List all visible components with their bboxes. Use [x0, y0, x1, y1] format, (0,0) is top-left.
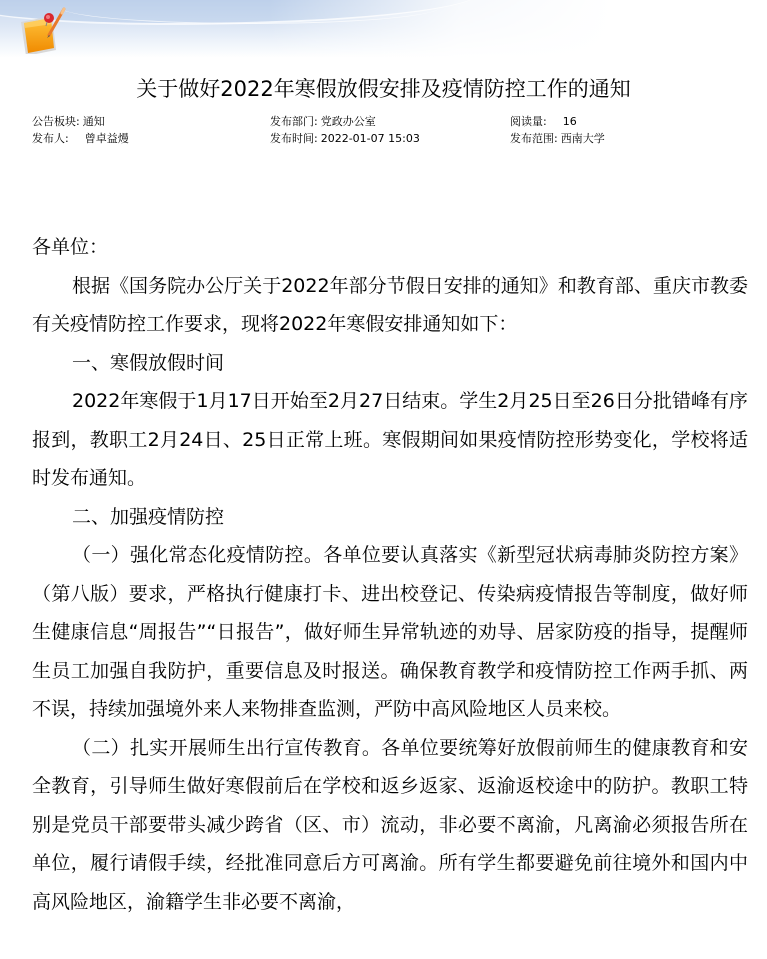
- meta-publisher: 发布人:曾卓益熳: [32, 132, 129, 146]
- banner-fade: [0, 0, 767, 58]
- meta-label: 发布范围:: [510, 132, 558, 146]
- meta-label: 发布部门:: [270, 115, 318, 129]
- meta-label: 发布人:: [32, 132, 69, 146]
- header-banner: [0, 0, 767, 58]
- meta-value: 曾卓益熳: [85, 132, 129, 146]
- meta-reads: 阅读量:16: [510, 115, 577, 129]
- meta-value: 通知: [83, 115, 105, 129]
- page-title: 关于做好2022年寒假放假安排及疫情防控工作的通知: [0, 74, 767, 104]
- meta-label: 阅读量:: [510, 115, 547, 129]
- meta-label: 发布时间:: [270, 132, 318, 146]
- body-paragraph: 2022年寒假于1月17日开始至2月27日结束。学生2月25日至26日分批错峰有…: [32, 382, 748, 498]
- meta-value: 西南大学: [561, 132, 605, 146]
- meta-publish-time: 发布时间:2022-01-07 15:03: [270, 132, 420, 146]
- section-heading: 一、寒假放假时间: [32, 344, 748, 383]
- salutation: 各单位：: [32, 228, 748, 267]
- meta-value: 2022-01-07 15:03: [321, 132, 420, 146]
- meta-department: 发布部门:党政办公室: [270, 115, 376, 129]
- body-paragraph: （二）扎实开展师生出行宣传教育。各单位要统筹好放假前师生的健康教育和安全教育，引…: [32, 729, 748, 922]
- meta-value: 16: [563, 115, 577, 129]
- body-paragraph: 根据《国务院办公厅关于2022年部分节假日安排的通知》和教育部、重庆市教委有关疫…: [32, 267, 748, 344]
- meta-board: 公告板块:通知: [32, 115, 105, 129]
- notepad-pencil-pin-icon: [18, 6, 68, 54]
- article-body: 各单位： 根据《国务院办公厅关于2022年部分节假日安排的通知》和教育部、重庆市…: [32, 228, 748, 921]
- meta-value: 党政办公室: [321, 115, 376, 129]
- meta-label: 公告板块:: [32, 115, 80, 129]
- body-paragraph: （一）强化常态化疫情防控。各单位要认真落实《新型冠状病毒肺炎防控方案》（第八版）…: [32, 536, 748, 729]
- section-heading: 二、加强疫情防控: [32, 498, 748, 537]
- meta-scope: 发布范围:西南大学: [510, 132, 605, 146]
